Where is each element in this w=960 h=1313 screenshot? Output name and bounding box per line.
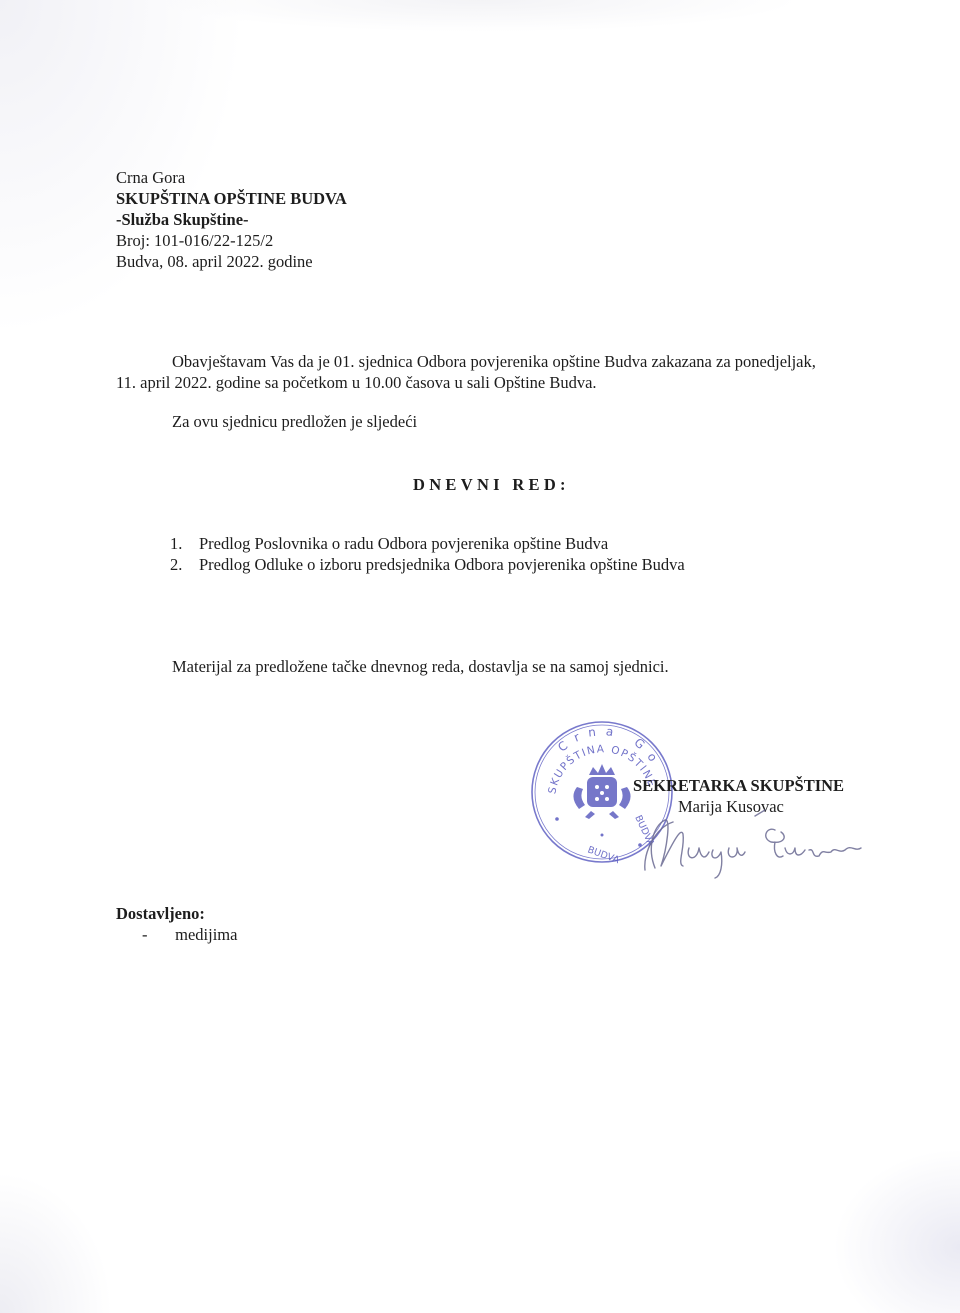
- institution-name: SKUPŠTINA OPŠTINE BUDVA: [116, 188, 347, 209]
- agenda-item-number: 2.: [170, 554, 199, 575]
- document-page: Crna Gora SKUPŠTINA OPŠTINE BUDVA -Služb…: [0, 0, 960, 1313]
- agenda-list: 1. Predlog Poslovnika o radu Odbora povj…: [170, 533, 685, 575]
- place-date: Budva, 08. april 2022. godine: [116, 251, 347, 272]
- agenda-item: 2. Predlog Odluke o izboru predsjednika …: [170, 554, 685, 575]
- agenda-intro: Za ovu sjednicu predložen je sljedeći: [172, 412, 417, 432]
- material-note: Materijal za predložene tačke dnevnog re…: [172, 657, 669, 677]
- department-name: -Služba Skupštine-: [116, 209, 347, 230]
- agenda-title: DNEVNI RED:: [413, 475, 570, 495]
- list-bullet: -: [142, 925, 171, 945]
- agenda-item-text: Predlog Poslovnika o radu Odbora povjere…: [199, 533, 608, 554]
- notice-line-2: 11. april 2022. godine sa početkom u 10.…: [116, 372, 876, 393]
- notice-paragraph: Obavještavam Vas da je 01. sjednica Odbo…: [116, 351, 876, 393]
- reference-number: Broj: 101-016/22-125/2: [116, 230, 347, 251]
- handwritten-signature-icon: [625, 808, 875, 883]
- delivered-title: Dostavljeno:: [116, 904, 205, 924]
- agenda-item-number: 1.: [170, 533, 199, 554]
- agenda-item: 1. Predlog Poslovnika o radu Odbora povj…: [170, 533, 685, 554]
- signatory-title: SEKRETARKA SKUPŠTINE: [633, 776, 844, 796]
- delivered-item-text: medijima: [175, 925, 237, 944]
- svg-text:BUDVA: BUDVA: [586, 844, 621, 866]
- country-line: Crna Gora: [116, 167, 347, 188]
- agenda-item-text: Predlog Odluke o izboru predsjednika Odb…: [199, 554, 685, 575]
- delivered-item: - medijima: [142, 925, 237, 945]
- notice-line-1: Obavještavam Vas da je 01. sjednica Odbo…: [116, 351, 876, 372]
- letterhead: Crna Gora SKUPŠTINA OPŠTINE BUDVA -Služb…: [116, 167, 347, 272]
